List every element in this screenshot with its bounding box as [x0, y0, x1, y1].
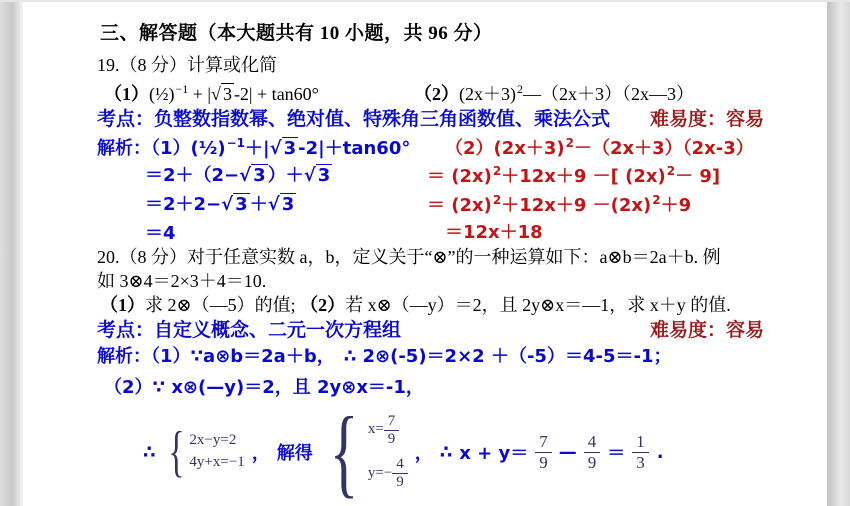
fraction-y: 49 [392, 456, 408, 492]
q19-sol-left4: ＝4 [145, 223, 176, 244]
section-title: 三、解答题（本大题共有 10 小题，共 96 分） [100, 22, 493, 46]
q20-solution-line2: （2）∵ x⊗(—y)＝2，且 2y⊗x＝-1， [104, 377, 424, 400]
jiede-label: 解得 [277, 439, 313, 465]
exponent: 2 [493, 193, 501, 207]
sqrt-radical: √3 [239, 164, 268, 186]
radical-sign: √ [221, 194, 233, 215]
q19-sol-left3: ＝2＋2−√3＋√3 [145, 193, 296, 215]
sol-text: ＋ [250, 194, 268, 215]
equals-operator: ＝ [607, 439, 625, 465]
denominator: 9 [386, 431, 398, 448]
fraction-4-9: 49 [584, 432, 601, 472]
fraction-1-3: 13 [632, 432, 649, 472]
q19-sol-right1: （2）(2x＋3)2－（2x＋3）（2x-3） [445, 136, 754, 161]
q19-sol-right2: ＝ (2x)2＋12x＋9 －[ (2x)2－ 9] [427, 164, 720, 189]
sol-text: － 9] [675, 166, 720, 187]
q20-part1-text: 求 2⊗（—5）的值; [145, 295, 300, 315]
therefore-symbol: ∴ [440, 442, 453, 463]
q19-problem-line: （1）(½)−1 + |√3-2| + tan60° （2）(2x＋3)2—（2… [104, 82, 319, 106]
denominator: 9 [586, 453, 599, 473]
numerator: 4 [584, 432, 601, 453]
radicand: 3 [280, 193, 297, 215]
fraction-7-9: 79 [535, 432, 552, 472]
left-brace: { [329, 402, 358, 502]
q20-final-line: ∴ { 2x−y=2 4y+x=−1 ， 解得 { x=79 y=−49 ， ∴… [143, 402, 664, 502]
numerator: 1 [632, 432, 649, 453]
sqrt-radical: √3 [270, 137, 299, 159]
system-2-solutions: x=79 y=−49 [368, 413, 408, 492]
period: . [657, 442, 664, 463]
denominator: 9 [537, 453, 550, 473]
q19-part2-base: (2x＋3) [459, 84, 516, 104]
radicand: 3 [251, 164, 268, 186]
q19-part1-label: （1） [104, 84, 149, 104]
system-1-eq-2: 4y+x=−1 [189, 452, 244, 474]
comma: ， [415, 439, 433, 465]
numerator: 4 [392, 456, 408, 474]
sqrt-radical: √3 [304, 164, 333, 186]
exponent: 2 [566, 136, 574, 150]
radical-sign: √ [270, 138, 282, 159]
denominator: 3 [634, 453, 647, 473]
sol-text: -2|＋tan60° [298, 138, 410, 159]
radicand: 3 [316, 164, 333, 186]
sol-text: ＋| [245, 138, 270, 159]
q19-heading: 19.（8 分）计算或化简 [97, 54, 277, 77]
sol-text: ＝ (2x) [427, 195, 492, 216]
q20-part1-label: （1） [100, 295, 145, 315]
sol-text: （2）(2x＋3) [445, 138, 565, 159]
q19-part1-base: (½) [149, 84, 175, 104]
radical-sign: √ [304, 165, 316, 186]
sol-text: ＝2＋（2− [145, 165, 239, 186]
fraction-x: 79 [384, 413, 400, 449]
q20-kaodian-line: 考点：自定义概念、二元一次方程组 难易度：容易 [97, 319, 401, 343]
right-gutter [827, 2, 850, 506]
exponent: 2 [667, 164, 675, 178]
q19-sol-right4: ＝12x＋18 [445, 222, 543, 245]
exponent: 2 [493, 164, 501, 178]
therefore-symbol: ∴ [143, 442, 156, 463]
q20-difficulty: 难易度：容易 [650, 319, 764, 343]
sol-text: ＋12x＋9 －(2x) [501, 195, 651, 216]
radical-sign: √ [239, 165, 251, 186]
q19-part1-mid: + | [188, 84, 211, 104]
sqrt-radical: √3 [221, 193, 250, 215]
q19-sol-right3: ＝ (2x)2＋12x＋9 －(2x)2＋9 [427, 193, 691, 218]
q19-solution-row3: ＝2＋2−√3＋√3 ＝ (2x)2＋12x＋9 －(2x)2＋9 [145, 193, 296, 217]
exponent: 2 [652, 193, 660, 207]
numerator: 7 [535, 432, 552, 453]
denominator: 9 [394, 474, 406, 491]
sol-text: －（2x＋3）（2x-3） [574, 138, 754, 159]
sol-text: 解析：（1）(½) [97, 138, 226, 159]
q20-line1: 20.（8 分）对于任意实数 a，b，定义关于“⊗”的一种运算如下：a⊗b＝2a… [97, 246, 721, 269]
comma: ， [252, 439, 270, 465]
numerator: 7 [384, 413, 400, 431]
q19-sol-left1: 解析：（1）(½)−1＋|√3-2|＋tan60° [97, 138, 410, 159]
solution-x: x=79 [368, 413, 408, 449]
sol-text: ＋9 [661, 195, 692, 216]
sol-text: ＝ (2x) [427, 166, 492, 187]
q20-line2: 如 3⊗4＝2×3＋4＝10. [97, 270, 266, 293]
q19-solution-row1: 解析：（1）(½)−1＋|√3-2|＋tan60° （2）(2x＋3)2－（2x… [97, 136, 410, 161]
q19-part2-label: （2） [414, 84, 459, 104]
radicand: 3 [282, 137, 299, 159]
equation-system-1: { 2x−y=2 4y+x=−1 [163, 424, 245, 480]
xy-lhs: x + y＝ [459, 439, 528, 465]
radicand: 3 [233, 193, 250, 215]
q19-solution-row4: ＝4 ＝12x＋18 [145, 222, 176, 246]
q19-solution-row2: ＝2＋（2−√3）＋√3 ＝ (2x)2＋12x＋9 －[ (2x)2－ 9] [145, 164, 332, 188]
q20-part2-label: （2） [300, 295, 345, 315]
q19-part1-exponent: −1 [176, 82, 189, 96]
q19-kaodian: 考点：负整数指数幂、绝对值、特殊角三角函数值、乘法公式 [97, 108, 610, 130]
radicand: 3 [221, 83, 234, 104]
document-page: 三、解答题（本大题共有 10 小题，共 96 分） 19.（8 分）计算或化简 … [0, 0, 850, 506]
system-1-eq-1: 2x−y=2 [189, 430, 244, 452]
q19-part2-tail: —（2x＋3）（2x—3） [523, 84, 694, 104]
sol-text: ）＋ [268, 165, 304, 186]
x-lhs: x= [368, 419, 384, 441]
equation-system-2: { x=79 y=−49 [320, 402, 408, 502]
y-lhs: y=− [368, 463, 392, 485]
exponent: −1 [227, 136, 245, 150]
sol-text: ＝2＋2− [145, 194, 221, 215]
q19-sol-left2: ＝2＋（2−√3）＋√3 [145, 164, 332, 186]
q20-parts-line: （1）求 2⊗（—5）的值; （2）若 x⊗（—y）＝2，且 2y⊗x＝—1，求… [100, 294, 731, 317]
q20-solution-line1: 解析：（1）∵a⊗b＝2a＋b， ∴ 2⊗(-5)＝2×2 ＋（-5）＝4-5＝… [97, 346, 671, 369]
q19-difficulty: 难易度：容易 [650, 108, 764, 132]
sqrt-radical: √3 [268, 193, 297, 215]
left-brace: { [168, 424, 184, 480]
q20-part2-text: 若 x⊗（—y）＝2，且 2y⊗x＝—1，求 x＋y 的值. [345, 295, 731, 315]
left-gutter [0, 2, 23, 506]
q20-kaodian: 考点：自定义概念、二元一次方程组 [97, 319, 401, 341]
q19-part1-tail: -2| + tan60° [234, 84, 319, 104]
radical-sign: √ [211, 84, 221, 104]
minus-operator: — [559, 442, 577, 463]
sqrt-radical: √3 [211, 83, 234, 104]
solution-y: y=−49 [368, 456, 408, 492]
q19-part2: （2）(2x＋3)2—（2x＋3）（2x—3） [414, 82, 694, 106]
sol-text: ＋12x＋9 －[ (2x) [501, 166, 666, 187]
radical-sign: √ [268, 194, 280, 215]
system-1-equations: 2x−y=2 4y+x=−1 [189, 430, 244, 474]
q19-kaodian-line: 考点：负整数指数幂、绝对值、特殊角三角函数值、乘法公式 难易度：容易 [97, 108, 610, 132]
